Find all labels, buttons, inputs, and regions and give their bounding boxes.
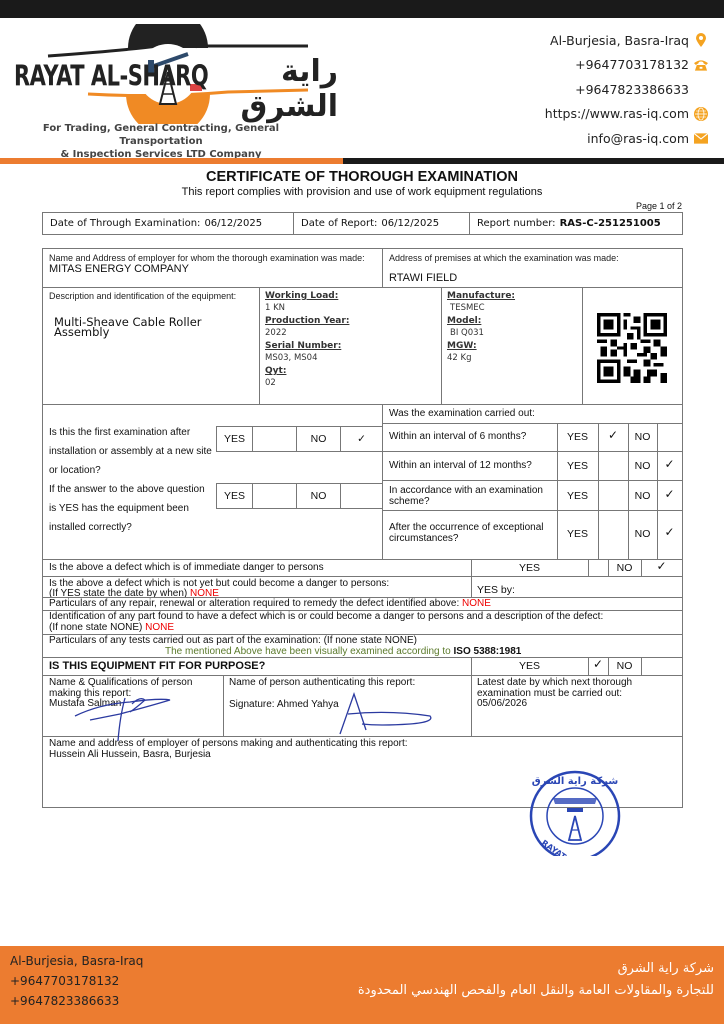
interval-12-months-question: Within an interval of 12 months? — [389, 461, 532, 471]
yes-by-field[interactable]: YES by: — [477, 585, 515, 595]
interval-6-months-no-checkbox[interactable] — [657, 430, 682, 444]
equipment-section: Description and identification of the eq… — [49, 291, 254, 337]
premises-section: Address of premises at which the examina… — [389, 253, 679, 283]
first-exam-answer: YES NO ✓ — [216, 426, 383, 452]
installed-no-checkbox[interactable] — [341, 484, 382, 508]
top-bar — [0, 0, 724, 18]
maker-name: Mustafa Salman — [49, 699, 219, 710]
exam-scheme-question: In accordance with an examination scheme… — [389, 485, 549, 507]
exam-carried-out-label: Was the examination carried out: — [389, 409, 535, 419]
persons-employer-value: Hussein Ali Hussein, Basra, Burjesia — [49, 750, 408, 761]
first-exam-yes-checkbox[interactable] — [253, 427, 297, 451]
first-exam-no-label: NO — [297, 427, 341, 451]
contact-website[interactable]: https://www.ras-iq.com — [545, 102, 708, 127]
equipment-description: Multi-Sheave Cable Roller Assembly — [54, 317, 254, 337]
report-number-cell: Report number: RAS-C-251251005 — [470, 213, 682, 234]
footer-company-name-ar: شركة راية الشرق للتجارة والمقاولات العام… — [358, 958, 714, 1002]
future-danger-question: Is the above a defect which is not yet b… — [49, 579, 389, 599]
next-exam-date: 05/06/2026 — [477, 699, 677, 710]
telephone-icon — [694, 58, 708, 72]
envelope-icon — [694, 131, 708, 145]
first-exam-no-checkbox[interactable]: ✓ — [341, 427, 382, 451]
first-exam-yes-label: YES — [217, 427, 253, 451]
logo-text-en: RAYAT AL-SHARQ — [14, 60, 208, 92]
contact-info: Al-Burjesia, Basra-Iraq +9647703178132 +… — [545, 28, 708, 151]
company-stamp: شركة راية الشرق RAYAT AL-SHARQ Co. — [517, 768, 633, 856]
fit-yes-checkbox[interactable]: ✓ — [588, 659, 608, 669]
footer-phone-1[interactable]: +9647703178132 — [10, 971, 143, 991]
first-exam-question: Is this the first examination after inst… — [49, 423, 214, 480]
report-date-cell: Date of Report: 06/12/2025 — [294, 213, 470, 234]
serial-number: MS03, MS04 — [265, 353, 395, 363]
footer: Al-Burjesia, Basra-Iraq +9647703178132 +… — [0, 946, 724, 1024]
immediate-danger-no-checkbox[interactable]: ✓ — [641, 561, 682, 571]
exam-scheme-yes-checkbox[interactable] — [598, 489, 628, 503]
next-exam-section: Latest date by which next thorough exami… — [477, 678, 677, 710]
company-stamp-icon: شركة راية الشرق RAYAT AL-SHARQ Co. — [517, 768, 633, 856]
report-info-bar: Date of Through Examination: 06/12/2025 … — [42, 212, 683, 235]
contact-phone-1[interactable]: +9647703178132 — [545, 53, 708, 78]
working-load: 1 KN — [265, 303, 395, 313]
logo-text-ar: راية الشرق — [206, 54, 338, 124]
company-tagline: For Trading, General Contracting, Genera… — [0, 122, 322, 161]
header-stripe-orange — [0, 158, 343, 164]
header-stripe-black — [343, 158, 724, 164]
defect-identification: Identification of any part found to have… — [49, 612, 603, 633]
contact-email[interactable]: info@ras-iq.com — [545, 126, 708, 151]
interval-6-months-question: Within an interval of 6 months? — [389, 432, 526, 442]
report-authenticator: Name of person authenticating this repor… — [229, 678, 429, 710]
footer-phone-2[interactable]: +9647823386633 — [10, 991, 143, 1011]
certificate-subtitle: This report complies with provision and … — [0, 186, 724, 198]
qr-code[interactable] — [597, 313, 667, 383]
immediate-danger-question: Is the above a defect which is of immedi… — [49, 563, 324, 573]
location-pin-icon — [694, 33, 708, 47]
authenticator-name: Signature: Ahmed Yahya — [229, 700, 429, 711]
premises-name: RTAWI FIELD — [389, 273, 679, 283]
interval-12-months-no-checkbox[interactable]: ✓ — [657, 459, 682, 469]
repair-particulars: Particulars of any repair, renewal or al… — [49, 599, 491, 609]
contact-phone-2[interactable]: +9647823386633 — [545, 77, 708, 102]
interval-6-months-yes-checkbox[interactable]: ✓ — [598, 430, 628, 440]
immediate-danger-yes-checkbox[interactable] — [588, 561, 608, 575]
tagline-line-1: For Trading, General Contracting, Genera… — [0, 122, 322, 148]
persons-employer: Name and address of employer of persons … — [49, 739, 408, 760]
identification-value: NONE — [145, 622, 174, 633]
model: BI Q031 — [450, 328, 577, 338]
fit-no-checkbox[interactable] — [641, 659, 682, 673]
production-year: 2022 — [265, 328, 395, 338]
svg-text:شركة راية الشرق: شركة راية الشرق — [532, 776, 619, 787]
interval-12-months-yes-checkbox[interactable] — [598, 459, 628, 473]
footer-contact: Al-Burjesia, Basra-Iraq +9647703178132 +… — [10, 951, 143, 1011]
examination-form: Name and Address of employer for whom th… — [42, 248, 683, 808]
exceptional-yes-checkbox[interactable] — [598, 527, 628, 541]
qr-code-icon — [597, 313, 667, 383]
manufacturer: TESMEC — [450, 303, 577, 313]
quantity: 02 — [265, 378, 395, 388]
exam-date: 06/12/2025 — [204, 218, 262, 229]
globe-icon — [694, 107, 708, 121]
tests-particulars: Particulars of any tests carried out as … — [49, 636, 679, 657]
exceptional-circumstances-question: After the occurrence of exceptional circ… — [389, 522, 549, 544]
repair-value: NONE — [462, 598, 491, 609]
footer-address: Al-Burjesia, Basra-Iraq — [10, 951, 143, 971]
installed-no-label: NO — [297, 484, 341, 508]
exam-date-cell: Date of Through Examination: 06/12/2025 — [43, 213, 294, 234]
equipment-specs-left: Working Load: 1 KN Production Year: 2022… — [265, 291, 395, 391]
installed-correctly-question: If the answer to the above question is Y… — [49, 480, 214, 537]
employer-name: MITAS ENERGY COMPANY — [49, 264, 379, 274]
certificate-title: CERTIFICATE OF THOROUGH EXAMINATION — [0, 169, 724, 185]
installed-correctly-answer: YES NO — [216, 483, 383, 509]
report-date: 06/12/2025 — [381, 218, 439, 229]
installed-yes-label: YES — [217, 484, 253, 508]
exam-scheme-no-checkbox[interactable]: ✓ — [657, 489, 682, 499]
tests-value: The mentioned Above have been visually e… — [165, 646, 451, 657]
report-number: RAS-C-251251005 — [560, 218, 661, 229]
fit-for-purpose-question: IS THIS EQUIPMENT FIT FOR PURPOSE? — [49, 661, 265, 671]
equipment-specs-right: Manufacture: TESMEC Model: BI Q031 MGW: … — [447, 291, 577, 366]
installed-yes-checkbox[interactable] — [253, 484, 297, 508]
page-number: Page 1 of 2 — [636, 201, 682, 211]
contact-address: Al-Burjesia, Basra-Iraq — [545, 28, 708, 53]
mgw: 42 Kg — [447, 353, 577, 363]
exceptional-no-checkbox[interactable]: ✓ — [657, 527, 682, 537]
company-logo: RAYAT AL-SHARQ راية الشرق — [8, 24, 338, 124]
report-maker: Name & Qualifications of person making t… — [49, 678, 219, 710]
svg-text:RAYAT AL-SHARQ Co.: RAYAT AL-SHARQ Co. — [540, 838, 622, 856]
employer-section: Name and Address of employer for whom th… — [49, 253, 379, 274]
iso-standard: ISO 5388:1981 — [454, 646, 522, 657]
